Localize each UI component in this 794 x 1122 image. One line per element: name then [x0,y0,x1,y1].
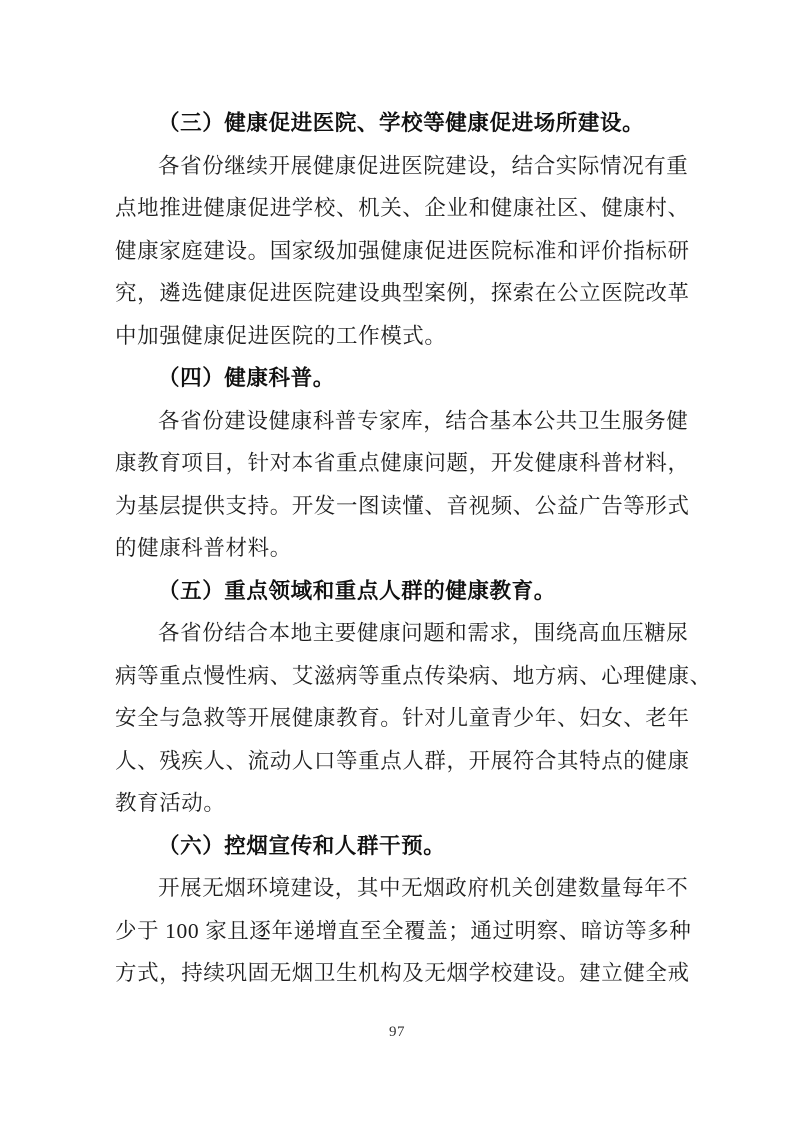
paragraph-line: 为基层提供支持。开发一图读懂、音视频、公益广告等形式 [115,485,690,528]
paragraph-line: 的健康科普材料。 [115,527,690,570]
paragraph-line: 人、残疾人、流动人口等重点人群，开展符合其特点的健康 [115,740,690,783]
section-3-heading: （三）健康促进医院、学校等健康促进场所建设。 [115,102,690,145]
section-3: （三）健康促进医院、学校等健康促进场所建设。 各省份继续开展健康促进医院建设，结… [115,102,690,357]
page-number: 97 [0,1022,794,1042]
paragraph-line: 病等重点慢性病、艾滋病等重点传染病、地方病、心理健康、 [115,655,690,698]
section-4-heading: （四）健康科普。 [115,357,690,400]
paragraph-line: 开展无烟环境建设，其中无烟政府机关创建数量每年不 [115,867,690,910]
paragraph-line: 中加强健康促进医院的工作模式。 [115,315,690,358]
section-5-heading: （五）重点领域和重点人群的健康教育。 [115,570,690,613]
document-page: （三）健康促进医院、学校等健康促进场所建设。 各省份继续开展健康促进医院建设，结… [0,0,794,1122]
paragraph-line: 究，遴选健康促进医院建设典型案例，探索在公立医院改革 [115,272,690,315]
paragraph-line: 康教育项目，针对本省重点健康问题，开发健康科普材料， [115,442,690,485]
section-5: （五）重点领域和重点人群的健康教育。 各省份结合本地主要健康问题和需求，围绕高血… [115,570,690,825]
paragraph-line: 教育活动。 [115,782,690,825]
paragraph-line: 健康家庭建设。国家级加强健康促进医院标准和评价指标研 [115,230,690,273]
paragraph-line: 各省份结合本地主要健康问题和需求，围绕高血压糖尿 [115,612,690,655]
paragraph-line: 方式，持续巩固无烟卫生机构及无烟学校建设。建立健全戒 [115,952,690,995]
section-6-heading: （六）控烟宣传和人群干预。 [115,825,690,868]
paragraph-line: 点地推进健康促进学校、机关、企业和健康社区、健康村、 [115,187,690,230]
section-6: （六）控烟宣传和人群干预。 开展无烟环境建设，其中无烟政府机关创建数量每年不 少… [115,825,690,995]
paragraph-line: 安全与急救等开展健康教育。针对儿童青少年、妇女、老年 [115,697,690,740]
section-4: （四）健康科普。 各省份建设健康科普专家库，结合基本公共卫生服务健 康教育项目，… [115,357,690,570]
paragraph-line: 各省份建设健康科普专家库，结合基本公共卫生服务健 [115,400,690,443]
paragraph-line: 各省份继续开展健康促进医院建设，结合实际情况有重 [115,145,690,188]
document-body: （三）健康促进医院、学校等健康促进场所建设。 各省份继续开展健康促进医院建设，结… [115,102,690,995]
paragraph-line: 少于 100 家且逐年递增直至全覆盖；通过明察、暗访等多种 [115,910,690,953]
